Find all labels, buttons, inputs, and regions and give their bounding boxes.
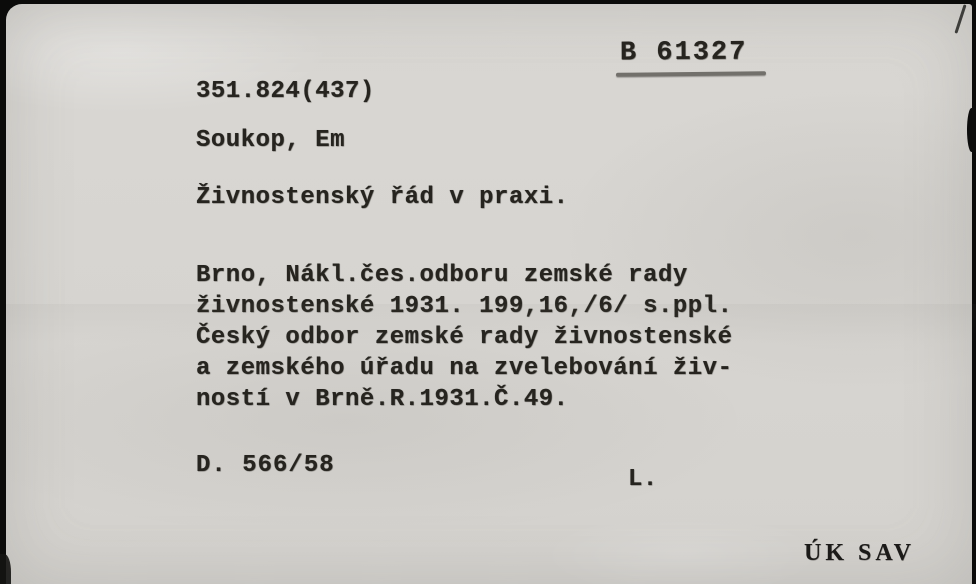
accession-underline (616, 71, 766, 77)
scan-artifact-right-edge (967, 108, 976, 152)
record-number: D. 566/58 (196, 452, 335, 479)
cataloguer-initial: L. (628, 466, 658, 493)
imprint-paragraph: Brno, Nákl.čes.odboru zemské rady živnos… (196, 260, 732, 415)
accession-number: B 61327 (620, 38, 748, 69)
author-line: Soukop, Em (196, 127, 345, 154)
imprint-line: a zemského úřadu na zvelebování živ- (196, 353, 732, 384)
imprint-line: ností v Brně.R.1931.Č.49. (196, 384, 732, 415)
classification-number: 351.824(437) (196, 78, 375, 105)
imprint-line: Brno, Nákl.čes.odboru zemské rady (196, 260, 732, 291)
scan-background: B 61327 351.824(437) Soukop, Em Živnoste… (0, 0, 976, 584)
catalog-card: B 61327 351.824(437) Soukop, Em Živnoste… (6, 4, 972, 584)
library-stamp: ÚK SAV (804, 540, 915, 567)
title-line: Živnostenský řád v praxi. (196, 184, 569, 211)
imprint-line: Český odbor zemské rady živnostenské (196, 322, 732, 353)
imprint-line: živnostenské 1931. 199,16,/6/ s.ppl. (196, 291, 732, 322)
